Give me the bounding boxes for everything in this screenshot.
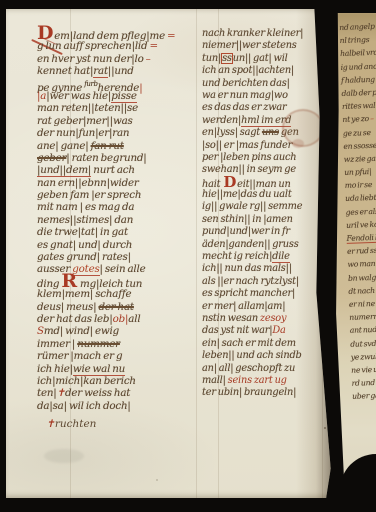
text-segment: geben fam |er sprech	[37, 189, 141, 201]
manuscript-line: mecht ig reich|dile	[202, 251, 324, 263]
text-segment: der hat	[98, 301, 133, 313]
text-segment: en ssosser	[343, 140, 376, 150]
text-segment: ig|| gwale rg|| semme	[202, 201, 302, 212]
text-segment: –	[369, 114, 374, 123]
manuscript-line: ich|| nun das mals||	[202, 263, 324, 275]
manuscript-line: als ||er nach rytzlyst|	[202, 276, 324, 288]
adjacent-line: dut svd v	[350, 335, 376, 350]
text-segment: nstin wesan	[202, 313, 260, 324]
text-segment: klem|mem| schaffe	[37, 288, 131, 300]
right-column: nach kranker kleiner|niemer||wer stetens…	[202, 28, 324, 400]
text-segment: rat	[93, 65, 108, 78]
adjacent-line: nd angelp	[339, 19, 376, 34]
text-segment: nd angelp	[339, 22, 375, 32]
adjacent-line: dalb der ph	[341, 85, 376, 100]
adjacent-line: bn walg	[348, 269, 376, 284]
text-segment: man reten||teten||se	[37, 102, 138, 114]
manuscript-line: ich|mich|kan berich	[37, 375, 199, 387]
text-segment: mall|	[202, 375, 228, 386]
text-segment: nummer	[77, 338, 120, 350]
manuscript-line: mall| seins zart ug	[202, 375, 324, 387]
adjacent-page: nd angelpnl tringshalbeil vrdig und anch…	[334, 13, 376, 498]
text-segment: =	[165, 30, 176, 42]
text-segment: nurt ach	[91, 164, 135, 176]
manuscript-line: pund|und|wer in fr	[202, 226, 324, 238]
text-segment: =	[147, 40, 158, 52]
manuscript-line: ter ubin| braungeln|	[202, 387, 324, 399]
adjacent-line: ge zu se	[343, 124, 376, 139]
text-segment: hait	[202, 179, 222, 190]
manuscript-line: es gnat| und| durch	[37, 239, 199, 251]
text-segment: per |leben pins auch	[202, 152, 296, 163]
adjacent-line: numern nach	[349, 309, 376, 324]
adjacent-line: er rud ss	[347, 243, 376, 258]
adjacent-line: halbeil vrd	[340, 45, 376, 60]
catchword: ✝ruchten	[46, 418, 96, 430]
adjacent-line: un pfui|	[344, 164, 376, 179]
manuscript-line: nemes||stimes| dan	[37, 214, 199, 226]
manuscript-line: nach kranker kleiner|	[202, 28, 324, 40]
adjacent-line: Fendoli h	[346, 230, 376, 245]
ink-stain	[292, 139, 304, 148]
text-segment: tun|	[202, 53, 221, 64]
text-segment: pund|und|wer in fr	[202, 226, 290, 237]
text-segment: | raten begrund|	[66, 152, 146, 164]
text-segment: swehan|| in seym ge	[202, 164, 296, 175]
manuscript-line: swehan|| in seym ge	[202, 164, 324, 176]
text-segment: | sein alle	[100, 263, 146, 275]
manuscript-line: es spricht mancher|	[202, 288, 324, 300]
text-segment: die trwe|tat| in gat	[37, 226, 128, 238]
manuscript-line: pe gynne furbherende|	[37, 78, 199, 90]
text-segment: ich|mich|kan berich	[37, 375, 136, 387]
manuscript-line: ein| sach er mit dem	[202, 338, 324, 350]
text-segment: er mer| allam|am|	[202, 301, 285, 312]
adjacent-line: ig und anch	[340, 58, 376, 73]
text-segment: ne vie uw	[351, 365, 376, 375]
text-segment: ich|| nun das mals||	[202, 263, 292, 274]
text-segment: es das das er zwar	[202, 102, 287, 113]
text-segment: der weiss hat	[65, 387, 130, 399]
adjacent-line: dt nach a	[348, 282, 376, 297]
text-segment: immer |	[37, 338, 77, 350]
manuscript-line: mit nam | es mag da	[37, 201, 199, 213]
manuscript-line: da|sa| wil ich doch|	[37, 400, 199, 412]
text-segment: numern nach	[349, 311, 376, 322]
text-segment: wo man sa	[347, 259, 376, 269]
text-segment: ter ubin| braungeln|	[202, 387, 296, 398]
text-segment: uber ga	[352, 391, 376, 401]
ruling-line	[322, 9, 323, 498]
manuscript-line: |und||dem| nurt ach	[37, 164, 199, 176]
text-segment: ig und anch	[340, 61, 376, 71]
text-segment: ane| gane|	[37, 140, 91, 152]
manuscript-line: niemer||wer stetens	[202, 40, 324, 52]
text-segment: |so|| er |mas funder	[202, 140, 292, 151]
manuscript-line: rümer |mach er g	[37, 350, 199, 362]
text-segment: da|sa| wil ich doch|	[37, 400, 131, 412]
adjacent-line: rittes wal	[342, 98, 376, 113]
adjacent-line: f haldung	[341, 72, 376, 87]
text-segment: nan ern||ebnn|wider	[37, 177, 139, 189]
manuscript-line: deus| meus| der hat	[37, 301, 199, 313]
text-segment: –	[144, 53, 151, 65]
adjacent-line: nl trings	[339, 32, 376, 47]
manuscript-line: kennet hat|rat||und	[37, 65, 199, 77]
text-segment: ges er alsd	[346, 206, 376, 216]
adjacent-line: en ssosser	[343, 138, 376, 153]
adjacent-line: ye zwul su	[351, 348, 376, 363]
text-segment: dt nach a	[348, 285, 376, 295]
manuscript-line: tun|ssun|| gat| wil	[202, 53, 324, 65]
manuscript-line: der nun|fun|er|ran	[37, 127, 199, 139]
adjacent-line: wz zie ga	[344, 151, 376, 166]
adjacent-page-text: nd angelpnl tringshalbeil vrdig und anch…	[339, 19, 376, 403]
text-segment: äden|ganden|| gruss	[202, 239, 299, 250]
adjacent-line: er ni ne	[349, 296, 376, 311]
manuscript-line: klem|mem| schaffe	[37, 288, 199, 300]
text-segment: uns	[262, 127, 279, 138]
text-segment: S	[37, 325, 44, 337]
left-column: Dem|land dem pfleg|me =g lun auff sprech…	[37, 28, 199, 412]
adjacent-line: rd und gr	[351, 375, 376, 390]
manuscript-line: ig|| gwale rg|| semme	[202, 201, 324, 213]
text-segment: bn walg	[348, 272, 376, 282]
adjacent-line: nt ye zo –	[342, 111, 376, 126]
text-segment: niemer||wer stetens	[202, 40, 297, 51]
manuscript-line: er mer| allam|am|	[202, 301, 324, 313]
text-segment: all	[128, 313, 140, 325]
adjacent-line: mo ir se	[345, 177, 376, 192]
manuscript-line: an| all| geschopft zu	[202, 363, 324, 375]
text-segment: werden|	[202, 115, 241, 126]
text-segment: ||und	[108, 65, 134, 77]
text-segment: g lun auff sprechen|lid	[37, 40, 147, 52]
manuscript-line: hie||me|das du ualt	[202, 189, 324, 201]
text-segment: mecht ig reich|	[202, 251, 272, 262]
text-segment: als ||er nach rytzlyst|	[202, 276, 299, 287]
manuscript-line: leben|| und ach sindb	[202, 350, 324, 362]
text-segment: rümer |mach er g	[37, 350, 122, 362]
text-segment: eit||man un	[237, 179, 290, 190]
text-segment: halbeil vrd	[340, 48, 376, 58]
text-segment: er ni ne	[349, 299, 375, 309]
manuscript-line: geben fam |er sprech	[37, 189, 199, 201]
manuscript-line: wa er nun mag|wo	[202, 90, 324, 102]
text-segment: ant nud st	[350, 325, 376, 335]
text-segment: sen sthin|| in |amen	[202, 214, 293, 225]
text-segment: un pfui|	[344, 167, 371, 177]
rubricated-initial: D	[223, 173, 236, 191]
manuscript-line: das yst nit war|Da	[202, 325, 324, 337]
text-segment: f haldung	[341, 75, 375, 85]
text-segment: furb	[84, 80, 97, 88]
text-segment: pisse	[111, 90, 137, 103]
text-segment: uda liebt	[345, 193, 376, 203]
text-segment: seins zart ug	[228, 375, 287, 386]
manuscript-line: sen sthin|| in |amen	[202, 214, 324, 226]
manuscript-line: ten|✝der weiss hat	[37, 387, 199, 399]
adjacent-line: uber ga	[352, 388, 376, 403]
text-segment: der hat das leb|	[37, 313, 113, 325]
manuscript-line: hait Deit||man un	[202, 177, 324, 189]
text-segment: Fendoli h	[346, 233, 376, 244]
text-segment: leben|| und ach sindb	[202, 350, 302, 361]
manuscript-line: nan ern||ebnn|wider	[37, 177, 199, 189]
text-segment: nemes||stimes| dan	[37, 214, 133, 226]
text-segment: geber	[37, 152, 66, 164]
text-segment: mo ir se	[345, 180, 373, 190]
manuscript-line: geber| raten begrund|	[37, 152, 199, 164]
text-segment: deus| meus|	[37, 301, 98, 313]
text-segment: gates grund| rates|	[37, 251, 131, 263]
adjacent-line: uda liebt	[345, 190, 376, 205]
manuscript-page: Dem|land dem pfleg|me =g lun auff sprech…	[6, 9, 332, 498]
text-segment: es spricht mancher|	[202, 288, 295, 299]
text-segment: ten|	[37, 387, 57, 399]
text-segment: en|lyss| sagt	[202, 127, 262, 138]
adjacent-line: wo man sa	[347, 256, 376, 271]
text-segment: ich hie|	[37, 363, 73, 375]
adjacent-line: ges er alsd	[345, 203, 376, 218]
manuscript-photo: { "photo": { "background": "#0c0a08", "d…	[0, 0, 376, 512]
text-segment: ✝	[57, 387, 65, 399]
text-segment: wz zie ga	[344, 154, 376, 164]
manuscript-line: gates grund| rates|	[37, 251, 199, 263]
text-segment: nt ye zo	[342, 114, 369, 124]
text-segment: er rud ss	[347, 246, 376, 256]
manuscript-line: Dem|land dem pfleg|me =	[37, 28, 199, 40]
text-segment: nach kranker kleiner|	[202, 28, 303, 39]
text-segment: un|| gat| wil	[233, 53, 288, 64]
text-segment: dalb der ph	[341, 87, 376, 97]
adjacent-line: ne vie uw	[351, 362, 376, 377]
text-segment: zesoy	[260, 313, 286, 324]
text-segment: ob|	[113, 313, 129, 325]
manuscript-line: äden|ganden|| gruss	[202, 239, 324, 251]
text-segment: rd und gr	[351, 378, 376, 388]
manuscript-line: ich an spot||achten|	[202, 65, 324, 77]
text-segment: dut svd v	[350, 338, 376, 348]
manuscript-line: per |leben pins auch	[202, 152, 324, 164]
text-segment: ein| sach er mit dem	[202, 338, 296, 349]
manuscript-line: |a|wer was hie|pisse	[37, 90, 199, 102]
text-segment: |	[139, 82, 142, 94]
text-segment: und berichten das|	[202, 78, 290, 89]
speck	[156, 479, 158, 481]
text-segment: nl trings	[340, 35, 370, 45]
text-segment: Da	[272, 325, 285, 336]
text-segment: ge zu se	[343, 127, 371, 137]
manuscript-line: Smd| wind| ewig	[37, 325, 199, 337]
manuscript-line: ding R mg|leich tun	[37, 276, 199, 288]
text-segment: wie wal nu	[73, 363, 125, 376]
text-segment: das yst nit war|	[202, 325, 272, 336]
text-segment: an| all| geschopft zu	[202, 363, 295, 374]
text-segment: |und||dem|	[37, 164, 91, 177]
text-segment: der nun|fun|er|ran	[37, 127, 129, 139]
speck	[324, 427, 326, 429]
text-segment: es gnat| und| durch	[37, 239, 132, 251]
manuscript-line: der hat das leb|ob|all	[37, 313, 199, 325]
text-segment: ruchten	[55, 418, 97, 430]
text-segment: fan rut	[91, 140, 124, 152]
text-segment: |wer was hie|	[46, 90, 111, 102]
text-segment: hie||me|das du ualt	[202, 189, 292, 200]
text-segment: kennet hat|	[37, 65, 93, 77]
text-segment: md| wind| ewig	[44, 325, 119, 337]
manuscript-line: ich hie|wie wal nu	[37, 363, 199, 375]
text-segment: uril ve kom	[346, 219, 376, 229]
adjacent-line: uril ve kom	[346, 217, 376, 232]
manuscript-line: rat geber|mer||was	[37, 115, 199, 127]
text-segment: ye zwul su	[351, 351, 376, 361]
manuscript-line: die trwe|tat| in gat	[37, 226, 199, 238]
manuscript-line: immer | nummer	[37, 338, 199, 350]
smudge	[44, 449, 84, 463]
text-segment: wa er nun mag|wo	[202, 90, 288, 101]
text-segment: |a	[37, 90, 46, 102]
text-segment: ✝	[46, 418, 55, 430]
text-segment: ss	[221, 53, 233, 64]
text-segment: en hver yst nun der|lo	[37, 53, 144, 65]
text-segment: rittes wal	[342, 101, 376, 111]
text-segment: ich an spot||achten|	[202, 65, 294, 76]
manuscript-line: g lun auff sprechen|lid =	[37, 40, 199, 52]
text-segment: dile	[272, 251, 290, 263]
manuscript-line: en hver yst nun der|lo –	[37, 53, 199, 65]
adjacent-line: ant nud st	[350, 322, 376, 337]
manuscript-line: ane| gane| fan rut	[37, 140, 199, 152]
text-segment: mit nam | es mag da	[37, 201, 134, 213]
manuscript-line: und berichten das|	[202, 78, 324, 90]
manuscript-line: nstin wesan zesoy	[202, 313, 324, 325]
text-segment: rat geber|mer||was	[37, 115, 133, 127]
manuscript-line: man reten||teten||se	[37, 102, 199, 114]
